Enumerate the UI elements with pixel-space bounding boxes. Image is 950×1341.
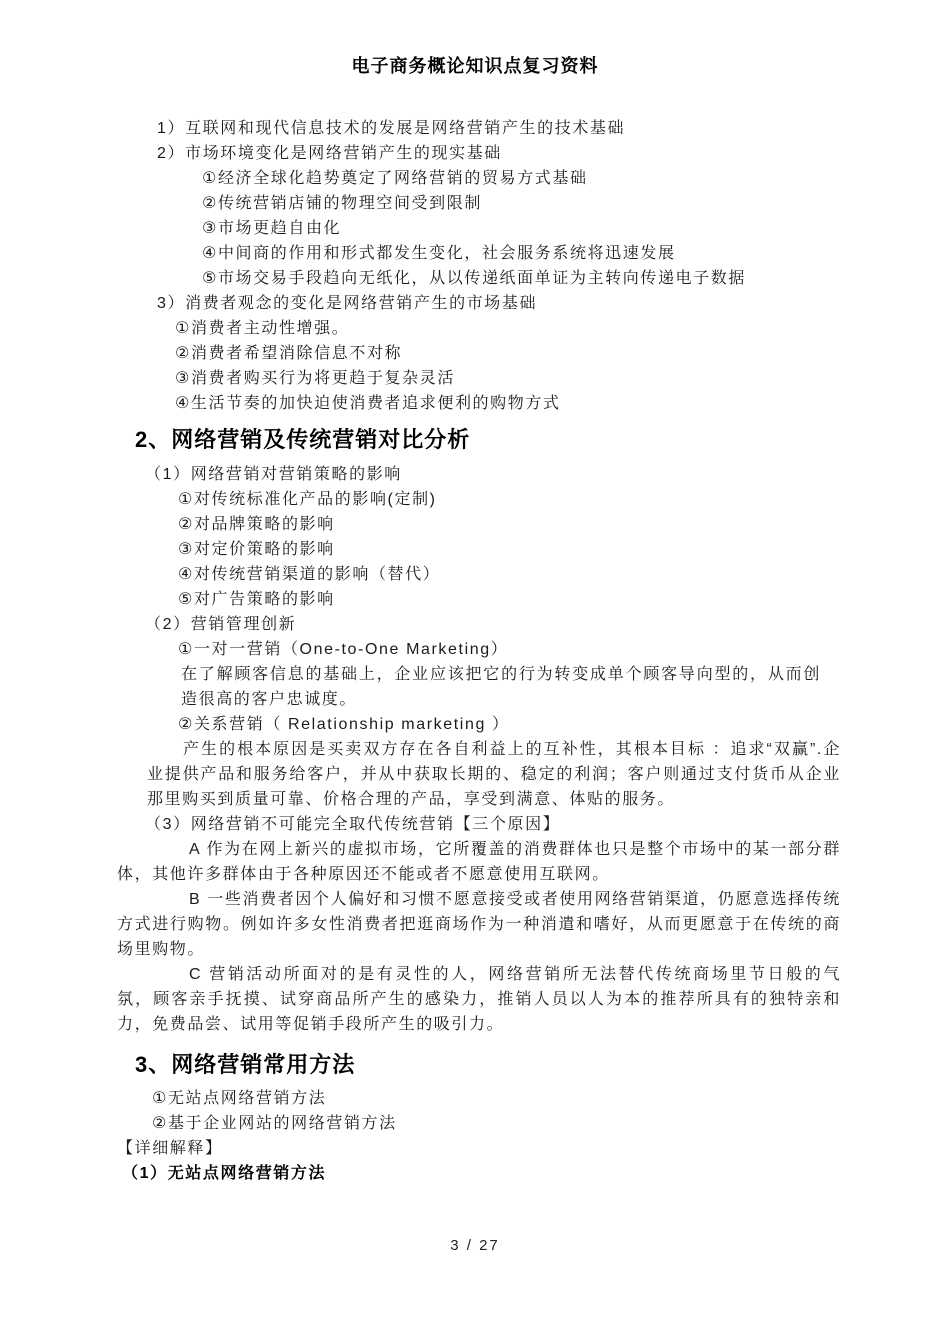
- list-item: （1）无站点网络营销方法: [0, 1161, 950, 1186]
- document-page: 电子商务概论知识点复习资料 1）互联网和现代信息技术的发展是网络营销产生的技术基…: [0, 0, 950, 1341]
- list-item: （1）网络营销对营销策略的影响: [0, 462, 950, 487]
- list-item: 1）互联网和现代信息技术的发展是网络营销产生的技术基础: [0, 116, 950, 141]
- list-item: ①一对一营销（One-to-One Marketing）: [0, 637, 950, 662]
- paragraph: B 一些消费者因个人偏好和习惯不愿意接受或者使用网络营销渠道，仍愿意选择传统方式…: [117, 887, 841, 962]
- paragraph: 在了解顾客信息的基础上，企业应该把它的行为转变成单个顾客导向型的，从而创造很高的…: [181, 662, 821, 712]
- list-item: ②关系营销（ Relationship marketing ）: [0, 712, 950, 737]
- list-item: ②传统营销店铺的物理空间受到限制: [0, 191, 950, 216]
- list-item: 2）市场环境变化是网络营销产生的现实基础: [0, 141, 950, 166]
- list-item: ①无站点网络营销方法: [0, 1086, 950, 1111]
- list-item: ②消费者希望消除信息不对称: [0, 341, 950, 366]
- list-item: ①消费者主动性增强。: [0, 316, 950, 341]
- list-item: 【详细解释】: [0, 1136, 950, 1161]
- list-item: ④中间商的作用和形式都发生变化，社会服务系统将迅速发展: [0, 241, 950, 266]
- list-item: ⑤市场交易手段趋向无纸化，从以传递纸面单证为主转向传递电子数据: [0, 266, 950, 291]
- list-item: ④生活节奏的加快迫使消费者追求便利的购物方式: [0, 391, 950, 416]
- list-item: （2）营销管理创新: [0, 612, 950, 637]
- list-item: ③市场更趋自由化: [0, 216, 950, 241]
- paragraph: C 营销活动所面对的是有灵性的人，网络营销所无法替代传统商场里节日般的气氛，顾客…: [117, 962, 841, 1037]
- list-item: ③消费者购买行为将更趋于复杂灵活: [0, 366, 950, 391]
- section-2-heading: 2、网络营销及传统营销对比分析: [0, 424, 950, 456]
- page-number: 3 / 27: [0, 1237, 950, 1254]
- doc-title: 电子商务概论知识点复习资料: [0, 0, 950, 78]
- document-body: 1）互联网和现代信息技术的发展是网络营销产生的技术基础 2）市场环境变化是网络营…: [0, 116, 950, 1186]
- paragraph: 产生的根本原因是买卖双方存在各自利益上的互补性，其根本目标 ：追求“双赢”.企业…: [147, 737, 841, 812]
- list-item: ①对传统标准化产品的影响(定制): [0, 487, 950, 512]
- list-item: ⑤对广告策略的影响: [0, 587, 950, 612]
- list-item: ④对传统营销渠道的影响（替代）: [0, 562, 950, 587]
- list-item: ①经济全球化趋势奠定了网络营销的贸易方式基础: [0, 166, 950, 191]
- list-item: 3）消费者观念的变化是网络营销产生的市场基础: [0, 291, 950, 316]
- list-item: （3）网络营销不可能完全取代传统营销【三个原因】: [0, 812, 950, 837]
- list-item: ②对品牌策略的影响: [0, 512, 950, 537]
- list-item: ②基于企业网站的网络营销方法: [0, 1111, 950, 1136]
- section-3-heading: 3、网络营销常用方法: [0, 1049, 950, 1081]
- paragraph: A 作为在网上新兴的虚拟市场，它所覆盖的消费群体也只是整个市场中的某一部分群体，…: [117, 837, 841, 887]
- list-item: ③对定价策略的影响: [0, 537, 950, 562]
